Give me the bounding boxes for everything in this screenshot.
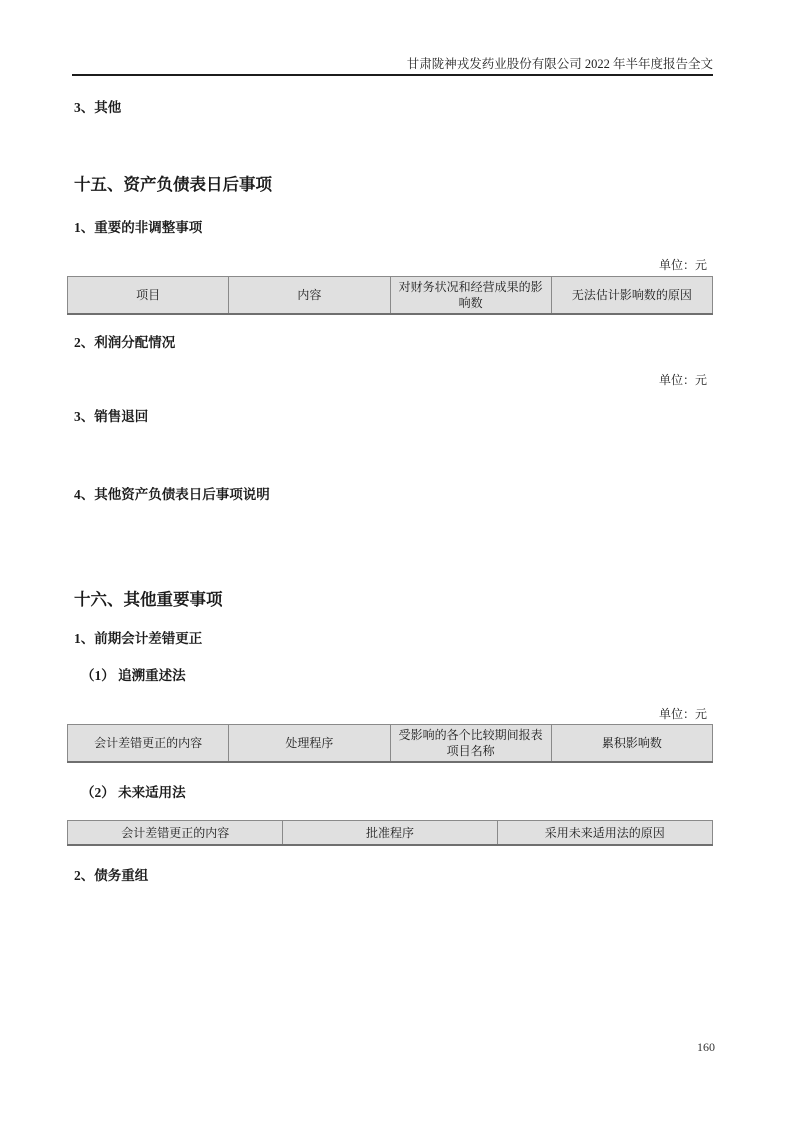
heading-15-1: 1、重要的非调整事项 [74, 219, 202, 236]
col-approval-procedure: 批准程序 [283, 821, 497, 846]
col-correction-content: 会计差错更正的内容 [68, 725, 229, 763]
unit-label-2: 单位：元 [659, 373, 707, 387]
col-correction-content: 会计差错更正的内容 [68, 821, 283, 846]
col-affected-items: 受影响的各个比较期间报表项目名称 [390, 725, 551, 763]
col-item: 项目 [68, 277, 229, 315]
table-prospective-application: 会计差错更正的内容 批准程序 采用未来适用法的原因 [67, 820, 713, 846]
heading-15-4: 4、其他资产负债表日后事项说明 [74, 486, 270, 503]
report-header-title: 甘肃陇神戎发药业股份有限公司 2022 年半年度报告全文 [72, 56, 713, 72]
col-cumulative-impact: 累积影响数 [551, 725, 712, 763]
heading-15-3: 3、销售退回 [74, 408, 148, 425]
table-header-row: 会计差错更正的内容 处理程序 受影响的各个比较期间报表项目名称 累积影响数 [68, 725, 713, 763]
table-retrospective-restatement: 会计差错更正的内容 处理程序 受影响的各个比较期间报表项目名称 累积影响数 [67, 724, 713, 763]
unit-label-1: 单位：元 [659, 258, 707, 272]
heading-16-2: 2、债务重组 [74, 867, 148, 884]
col-reason-unestimable: 无法估计影响数的原因 [551, 277, 712, 315]
heading-section-16: 十六、其他重要事项 [74, 590, 223, 610]
table-non-adjusting-events: 项目 内容 对财务状况和经营成果的影响数 无法估计影响数的原因 [67, 276, 713, 315]
col-reason-prospective: 采用未来适用法的原因 [497, 821, 712, 846]
heading-15-2: 2、利润分配情况 [74, 334, 175, 351]
table-header-row: 会计差错更正的内容 批准程序 采用未来适用法的原因 [68, 821, 713, 846]
heading-16-1-1: （1） 追溯重述法 [81, 667, 186, 684]
unit-label-3: 单位：元 [659, 707, 707, 721]
heading-16-1-2: （2） 未来适用法 [81, 784, 186, 801]
heading-section-15: 十五、资产负债表日后事项 [74, 175, 272, 195]
col-content: 内容 [229, 277, 390, 315]
header-divider [72, 74, 713, 76]
page-number: 160 [697, 1040, 715, 1054]
report-page: 甘肃陇神戎发药业股份有限公司 2022 年半年度报告全文 3、其他 十五、资产负… [0, 0, 793, 1122]
heading-16-1: 1、前期会计差错更正 [74, 630, 202, 647]
heading-other-3: 3、其他 [74, 99, 121, 116]
col-procedure: 处理程序 [229, 725, 390, 763]
table-header-row: 项目 内容 对财务状况和经营成果的影响数 无法估计影响数的原因 [68, 277, 713, 315]
col-impact-amount: 对财务状况和经营成果的影响数 [390, 277, 551, 315]
